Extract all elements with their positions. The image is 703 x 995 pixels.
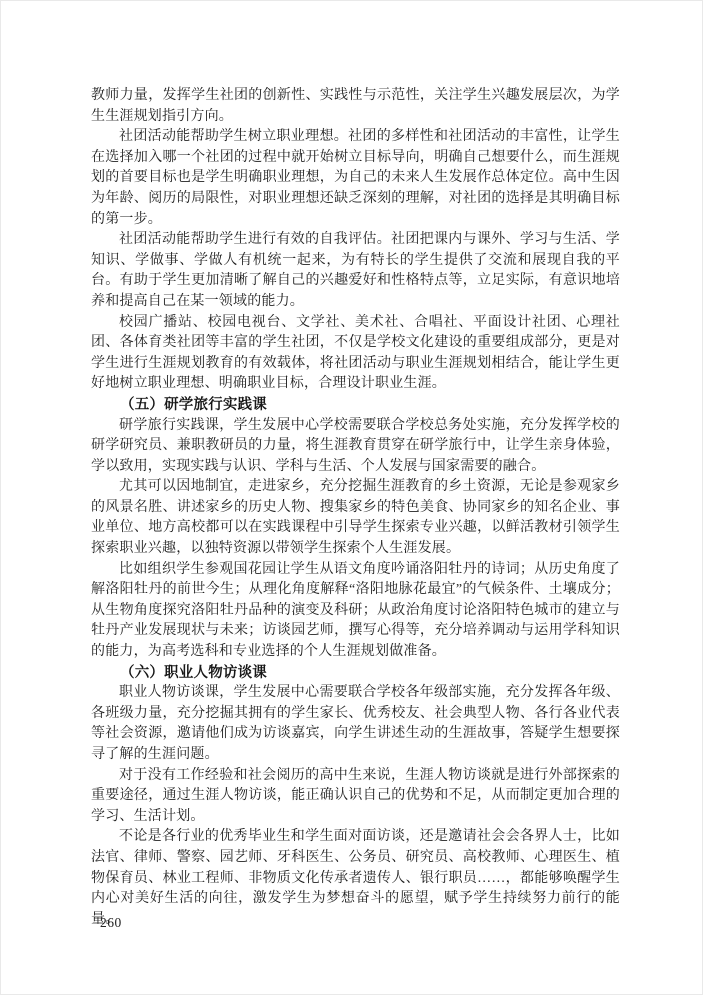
page-body: 教师力量，发挥学生社团的创新性、实践性与示范性，关注学生兴趣发展层次，为学生生涯…	[91, 86, 620, 930]
paragraph-interview-implementation: 职业人物访谈课，学生发展中心需要联合学校各年级部实施，充分发挥各年级、各班级力量…	[91, 683, 620, 765]
paragraph-interview-importance: 对于没有工作经验和社会阅历的高中生来说，生涯人物访谈就是进行外部探索的重要途径，…	[91, 766, 620, 828]
paragraph-club-guidance-continuation: 教师力量，发挥学生社团的创新性、实践性与示范性，关注学生兴趣发展层次，为学生生涯…	[91, 86, 620, 127]
paragraph-study-travel-local-resources: 尤其可以因地制宜，走进家乡，充分挖掘生涯教育的乡土资源，无论是参观家乡的风景名胜…	[91, 477, 620, 559]
page-number: 260	[100, 915, 122, 931]
paragraph-study-travel-peony-example: 比如组织学生参观国花园让学生从语文角度吟诵洛阳牡丹的诗词；从历史角度了解洛阳牡丹…	[91, 560, 620, 663]
document-page: 教师力量，发挥学生社团的创新性、实践性与示范性，关注学生兴趣发展层次，为学生生涯…	[0, 0, 703, 995]
paragraph-study-travel-implementation: 研学旅行实践课，学生发展中心学校需要联合学校总务处实施，充分发挥学校的研学研究员…	[91, 416, 620, 478]
paragraph-interview-guest-examples: 不论是各行业的优秀毕业生和学生面对面访谈，还是邀请社会会各界人士，比如法官、律师…	[91, 827, 620, 930]
section-heading-5-study-travel: （五）研学旅行实践课	[91, 395, 620, 416]
paragraph-club-self-evaluation: 社团活动能帮助学生进行有效的自我评估。社团把课内与课外、学习与生活、学知识、学做…	[91, 230, 620, 312]
section-heading-6-career-interview: （六）职业人物访谈课	[91, 663, 620, 684]
paragraph-club-career-ideal: 社团活动能帮助学生树立职业理想。社团的多样性和社团活动的丰富性，让学生在选择加入…	[91, 127, 620, 230]
paragraph-club-examples: 校园广播站、校园电视台、文学社、美术社、合唱社、平面设计社团、心理社团、各体育类…	[91, 313, 620, 395]
